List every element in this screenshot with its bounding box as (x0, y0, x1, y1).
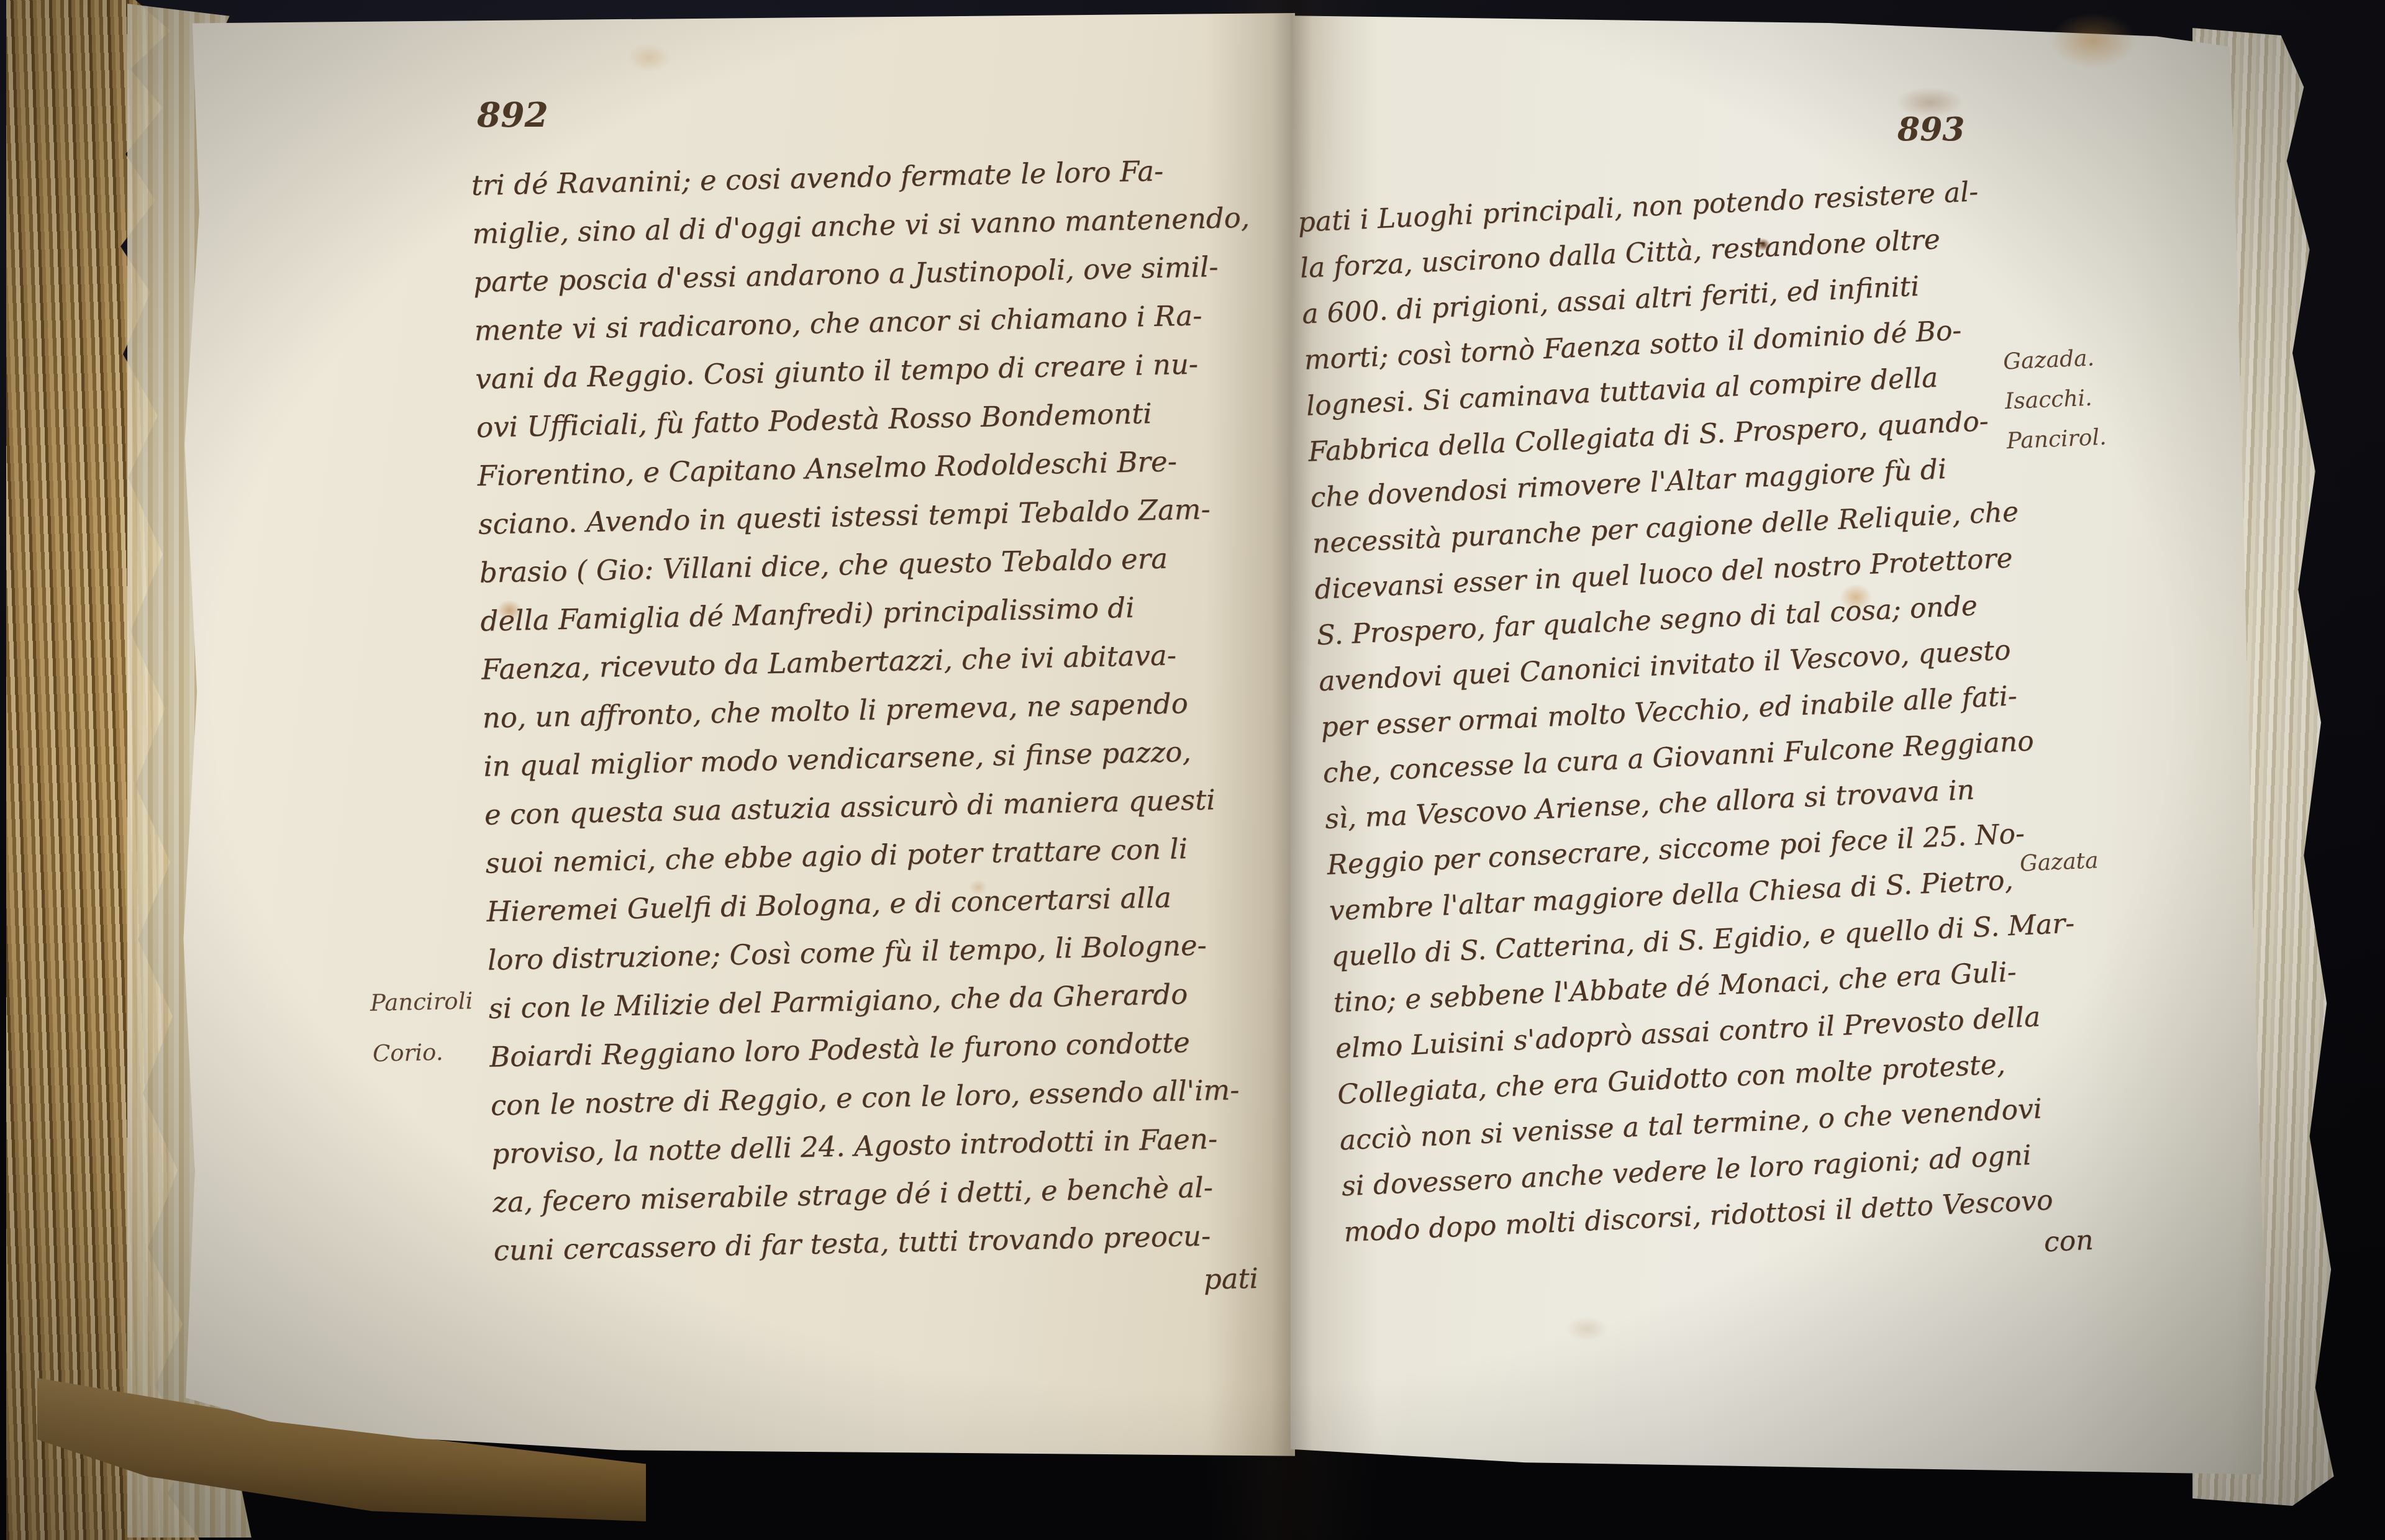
foxing-spot (1565, 1316, 1609, 1341)
foxing-spot (627, 43, 671, 72)
foxing-spot (2050, 12, 2137, 68)
left-page-number: 892 (477, 94, 548, 135)
right-page-text-block: con pati i Luoghi principali, non potend… (1297, 165, 2108, 1256)
left-page-text-block: pati tri dé Ravanini; e cosi avendo ferm… (471, 145, 1289, 1275)
margin-note-sources-group: Gazada. Isacchi. Pancirol. (2002, 338, 2107, 462)
manuscript-book-photo: 892 893 pati tri dé Ravanini; e cosi ave… (0, 0, 2385, 1540)
margin-note-isacchi: Isacchi. (2004, 378, 2106, 422)
left-catchword: pati (1203, 1262, 1258, 1296)
margin-note-panciroli: Panciroli (370, 987, 473, 1016)
margin-note-corio: Corio. (373, 1039, 443, 1067)
right-catchword: con (2043, 1225, 2094, 1259)
right-page-number: 893 (1897, 111, 1965, 148)
margin-note-gazada: Gazada. (2002, 338, 2104, 383)
margin-note-pancirol: Pancirol. (2006, 418, 2107, 462)
margin-note-gazata: Gazata (2019, 848, 2099, 876)
